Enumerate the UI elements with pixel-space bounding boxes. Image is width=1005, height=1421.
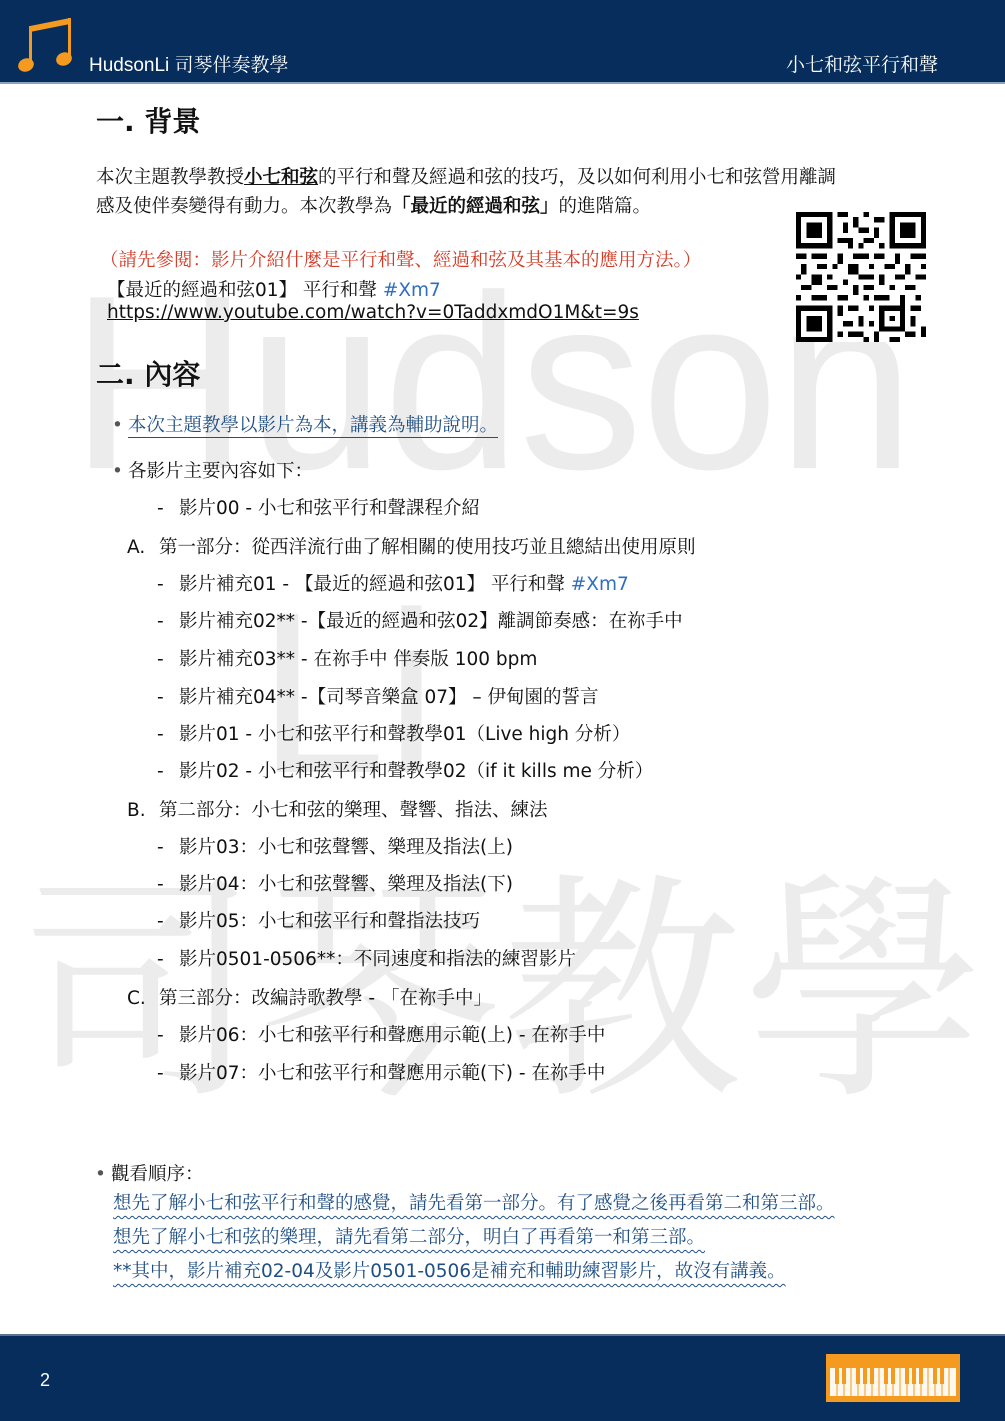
reference-note: （請先參閱：影片介紹什麼是平行和聲、經過和弦及其基本的應用方法。）	[100, 246, 701, 272]
qr-code-icon[interactable]	[796, 212, 926, 342]
page-footer: 2	[0, 1334, 1005, 1421]
list-item-text: 影片補充03** - 在祢手中 伴奏版 100 bpm	[179, 649, 537, 670]
music-note-icon	[18, 12, 74, 74]
list-item: -影片補充01 - 【最近的經過和弦01】 平行和聲 #Xm7	[157, 570, 629, 596]
list-item: -影片補充02** -【最近的經過和弦02】離調節奏感：在祢手中	[157, 607, 683, 633]
bullet-contents-overview: •各影片主要內容如下：	[112, 457, 313, 483]
para-text: 的平行和聲及經過和弦的技巧，及以如何利用小七和弦營用離調	[318, 167, 836, 188]
para-bold-term: 「最近的經過和弦」	[392, 196, 559, 217]
list-item-text: 影片03：小七和弦聲響、樂理及指法(上)	[179, 837, 513, 858]
bullet-dot: •	[112, 415, 128, 436]
document-title: 小七和弦平行和聲	[786, 50, 938, 77]
viewing-order-line: **其中，影片補充02-04及影片0501-0506是補充和輔助練習影片，故沒有…	[113, 1257, 786, 1283]
bullet-dot: •	[112, 461, 128, 482]
part-b-heading: B.第二部分：小七和弦的樂理、聲響、指法、練法	[127, 796, 548, 822]
list-item: -影片0501-0506**：不同速度和指法的練習影片	[157, 945, 576, 971]
para-text: 本次主題教學教授	[96, 167, 244, 188]
list-item-video00: -影片00 - 小七和弦平行和聲課程介紹	[157, 494, 480, 520]
list-item-text: 影片補充04** -【司琴音樂盒 07】 – 伊甸園的誓言	[179, 687, 599, 708]
viewing-order-line: 想先了解小七和弦平行和聲的感覺，請先看第一部分。有了感覺之後再看第二和第三部。	[113, 1189, 835, 1215]
list-item: -影片05：小七和弦平行和聲指法技巧	[157, 907, 480, 933]
list-item: -影片補充03** - 在祢手中 伴奏版 100 bpm	[157, 645, 537, 671]
part-letter: B.	[127, 800, 159, 821]
list-item-text: 影片04：小七和弦聲響、樂理及指法(下)	[179, 874, 513, 895]
page-number: 2	[40, 1370, 50, 1391]
list-item-text: 影片補充01 - 【最近的經過和弦01】 平行和聲	[179, 574, 571, 595]
part-a-heading: A.第一部分：從西洋流行曲了解相關的使用技巧並且總結出使用原則	[127, 533, 696, 559]
list-item-text: 影片0501-0506**：不同速度和指法的練習影片	[179, 949, 576, 970]
page-header: HudsonLi 司琴伴奏教學 小七和弦平行和聲	[0, 0, 1005, 84]
list-item-text: 影片07：小七和弦平行和聲應用示範(下) - 在祢手中	[179, 1063, 605, 1084]
para-text: 感及使伴奏變得有動力。本次教學為	[96, 196, 392, 217]
viewing-order-line: 想先了解小七和弦的樂理，請先看第二部分，明白了再看第一和第三部。	[113, 1223, 705, 1249]
section-heading-background: 一. 背景	[96, 100, 200, 140]
bullet-text: 本次主題教學以影片為本，講義為輔助說明。	[128, 415, 498, 436]
viewing-order-label: •觀看順序：	[95, 1160, 204, 1186]
list-item: -影片07：小七和弦平行和聲應用示範(下) - 在祢手中	[157, 1059, 605, 1085]
hashtag-link[interactable]: #Xm7	[383, 280, 441, 301]
bullet-video-based: •本次主題教學以影片為本，講義為輔助說明。	[112, 411, 498, 437]
reference-title: 【最近的經過和弦01】 平行和聲 #Xm7	[107, 276, 441, 302]
part-title: 第一部分：從西洋流行曲了解相關的使用技巧並且總結出使用原則	[159, 537, 696, 558]
list-item-text: 影片補充02** -【最近的經過和弦02】離調節奏感：在祢手中	[179, 611, 683, 632]
part-c-heading: C.第三部分：改編詩歌教學 - 「在祢手中」	[127, 984, 492, 1010]
reference-title-text: 【最近的經過和弦01】 平行和聲	[107, 280, 383, 301]
list-item-text: 影片05：小七和弦平行和聲指法技巧	[179, 911, 480, 932]
list-item: -影片06：小七和弦平行和聲應用示範(上) - 在祢手中	[157, 1021, 605, 1047]
section-heading-content: 二. 內容	[96, 353, 200, 393]
bullet-dot: •	[95, 1164, 111, 1185]
piano-keyboard-icon	[826, 1354, 960, 1402]
part-letter: C.	[127, 988, 159, 1009]
hashtag-link[interactable]: #Xm7	[571, 574, 629, 595]
brand-title: HudsonLi 司琴伴奏教學	[89, 50, 289, 77]
youtube-link[interactable]: https://www.youtube.com/watch?v=0Taddxmd…	[107, 302, 639, 323]
list-item-text: 影片02 - 小七和弦平行和聲教學02（if it kills me 分析）	[179, 761, 653, 782]
list-item: -影片01 - 小七和弦平行和聲教學01（Live high 分析）	[157, 720, 630, 746]
part-title: 第二部分：小七和弦的樂理、聲響、指法、練法	[159, 800, 548, 821]
list-item-text: 影片00 - 小七和弦平行和聲課程介紹	[179, 498, 480, 519]
background-paragraph: 本次主題教學教授小七和弦的平行和聲及經過和弦的技巧，及以如何利用小七和弦營用離調…	[96, 163, 916, 221]
bullet-text: 觀看順序：	[111, 1164, 204, 1185]
bullet-text: 各影片主要內容如下：	[128, 461, 313, 482]
list-item: -影片補充04** -【司琴音樂盒 07】 – 伊甸園的誓言	[157, 683, 599, 709]
list-item-text: 影片01 - 小七和弦平行和聲教學01（Live high 分析）	[179, 724, 630, 745]
para-text: 的進階篇。	[559, 196, 652, 217]
list-item: -影片02 - 小七和弦平行和聲教學02（if it kills me 分析）	[157, 757, 653, 783]
para-underlined-term: 小七和弦	[244, 167, 318, 188]
part-title: 第三部分：改編詩歌教學 - 「在祢手中」	[159, 988, 492, 1009]
part-letter: A.	[127, 537, 159, 558]
list-item-text: 影片06：小七和弦平行和聲應用示範(上) - 在祢手中	[179, 1025, 605, 1046]
list-item: -影片04：小七和弦聲響、樂理及指法(下)	[157, 870, 513, 896]
list-item: -影片03：小七和弦聲響、樂理及指法(上)	[157, 833, 513, 859]
